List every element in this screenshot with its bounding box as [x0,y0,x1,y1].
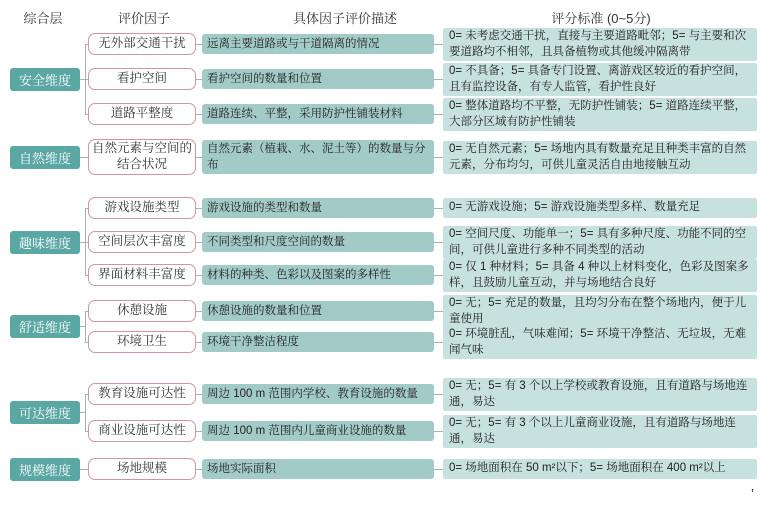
connector-line [196,208,202,209]
score-natural-elements: 0= 无自然元素；5= 场地内具有数量充足且种类丰富的自然元素，分布均匀，可供儿… [443,141,757,174]
header-evaluation-factor: 评价因子 [118,8,170,27]
connector-line [80,157,88,158]
connector-line [434,44,443,45]
connector-line [434,208,443,209]
factor-material-richness: 界面材料丰富度 [88,264,196,286]
stray-mark: ’ [751,486,754,501]
connector-line [196,79,202,80]
score-site-scale: 0= 场地面积在 50 m²以下；5= 场地面积在 400 m²以上 [443,459,757,479]
group-scale-dimension: 规模维度 [10,458,80,481]
score-environmental-hygiene: 0= 环境脏乱，气味难闻；5= 环境干净整洁、无垃圾，无难闻气味 [443,326,757,359]
connector-line [196,114,202,115]
description-play-facility-type: 游戏设施的类型和数量 [202,198,434,218]
factor-road-flatness: 道路平整度 [88,103,196,125]
factor-care-space: 看护空间 [88,68,196,90]
connector-line [85,431,88,432]
group-nature-dimension: 自然维度 [10,146,80,169]
connector-line [434,311,443,312]
description-site-scale: 场地实际面积 [202,459,434,479]
description-natural-elements: 自然元素（植栽、水、泥土等）的数量与分布 [202,140,434,174]
connector-line [196,311,202,312]
bracket-line-accessibility [85,394,86,432]
bracket-line-comfort [85,311,86,343]
connector-line [85,394,88,395]
connector-line [80,469,88,470]
header-scoring-standard: 评分标准 (0~5分) [551,8,650,27]
group-accessibility-dimension: 可达维度 [10,401,80,424]
connector-line [434,157,443,158]
group-fun-dimension: 趣味维度 [10,231,80,254]
factor-site-scale: 场地规模 [88,458,196,480]
bracket-line-fun [85,208,86,276]
connector-line [434,469,443,470]
description-education-accessibility: 周边 100 m 范围内学校、教育设施的数量 [202,384,434,404]
connector-line [196,44,202,45]
factor-play-facility-type: 游戏设施类型 [88,197,196,219]
bracket-line-safety [85,44,86,115]
score-education-accessibility: 0= 无；5= 有 3 个以上学校或教育设施，且有道路与场地连通，易达 [443,378,757,411]
connector-line [80,79,88,80]
connector-line [85,44,88,45]
group-comfort-dimension: 舒适维度 [10,315,80,338]
factor-spatial-richness: 空间层次丰富度 [88,231,196,253]
connector-line [196,469,202,470]
description-no-traffic-interference: 远离主要道路或与干道隔离的情况 [202,34,434,54]
score-road-flatness: 0= 整体道路均不平整，无防护性铺装；5= 道路连续平整，大部分区域有防护性铺装 [443,98,757,131]
evaluation-criteria-diagram: 综合层 评价因子 具体因子评价描述 评分标准 (0~5分) 安全维度 自然维度 … [0,0,763,509]
connector-line [196,394,202,395]
connector-line [85,311,88,312]
connector-line [196,157,202,158]
connector-line [434,242,443,243]
factor-education-accessibility: 教育设施可达性 [88,383,196,405]
connector-line [434,394,443,395]
connector-line [80,242,88,243]
connector-line [85,114,88,115]
score-spatial-richness: 0= 空间尺度、功能单一；5= 具有多种尺度、功能不同的空间，可供儿童进行多种不… [443,226,757,259]
description-spatial-richness: 不同类型和尺度空间的数量 [202,232,434,252]
description-rest-facilities: 休憩设施的数量和位置 [202,301,434,321]
score-commercial-accessibility: 0= 无；5= 有 3 个以上儿童商业设施，且有道路与场地连通，易达 [443,415,757,448]
factor-natural-elements: 自然元素与空间的结合状况 [88,139,196,175]
connector-line [434,114,443,115]
score-care-space: 0= 不具备；5= 具备专门设置、离游戏区较近的看护空间，且有监控设备，有专人监… [443,63,757,96]
factor-rest-facilities: 休憩设施 [88,300,196,322]
description-material-richness: 材料的种类、色彩以及图案的多样性 [202,265,434,285]
factor-commercial-accessibility: 商业设施可达性 [88,420,196,442]
connector-line [85,342,88,343]
score-play-facility-type: 0= 无游戏设施；5= 游戏设施类型多样、数量充足 [443,198,757,218]
connector-line [434,431,443,432]
connector-line [196,431,202,432]
factor-no-traffic-interference: 无外部交通干扰 [88,33,196,55]
connector-line [196,242,202,243]
connector-line [434,79,443,80]
header-comprehensive-layer: 综合层 [23,8,62,27]
description-commercial-accessibility: 周边 100 m 范围内儿童商业设施的数量 [202,421,434,441]
description-care-space: 看护空间的数量和位置 [202,69,434,89]
connector-line [434,275,443,276]
description-environmental-hygiene: 环境干净整洁程度 [202,332,434,352]
description-road-flatness: 道路连续、平整，采用防护性铺装材料 [202,104,434,124]
score-rest-facilities: 0= 无；5= 充足的数量，且均匀分布在整个场地内，便于儿童使用 [443,295,757,328]
connector-line [85,275,88,276]
connector-line [196,342,202,343]
group-safety-dimension: 安全维度 [10,68,80,91]
factor-environmental-hygiene: 环境卫生 [88,331,196,353]
header-factor-description: 具体因子评价描述 [293,8,397,27]
connector-line [434,342,443,343]
connector-line [196,275,202,276]
score-no-traffic-interference: 0= 未考虑交通干扰，直接与主要道路毗邻；5= 与主要和次要道路均不相邻，且具备… [443,28,757,61]
connector-line [85,208,88,209]
score-material-richness: 0= 仅 1 种材料；5= 具备 4 种以上材料变化，色彩及图案多样，且鼓励儿童… [443,259,757,292]
